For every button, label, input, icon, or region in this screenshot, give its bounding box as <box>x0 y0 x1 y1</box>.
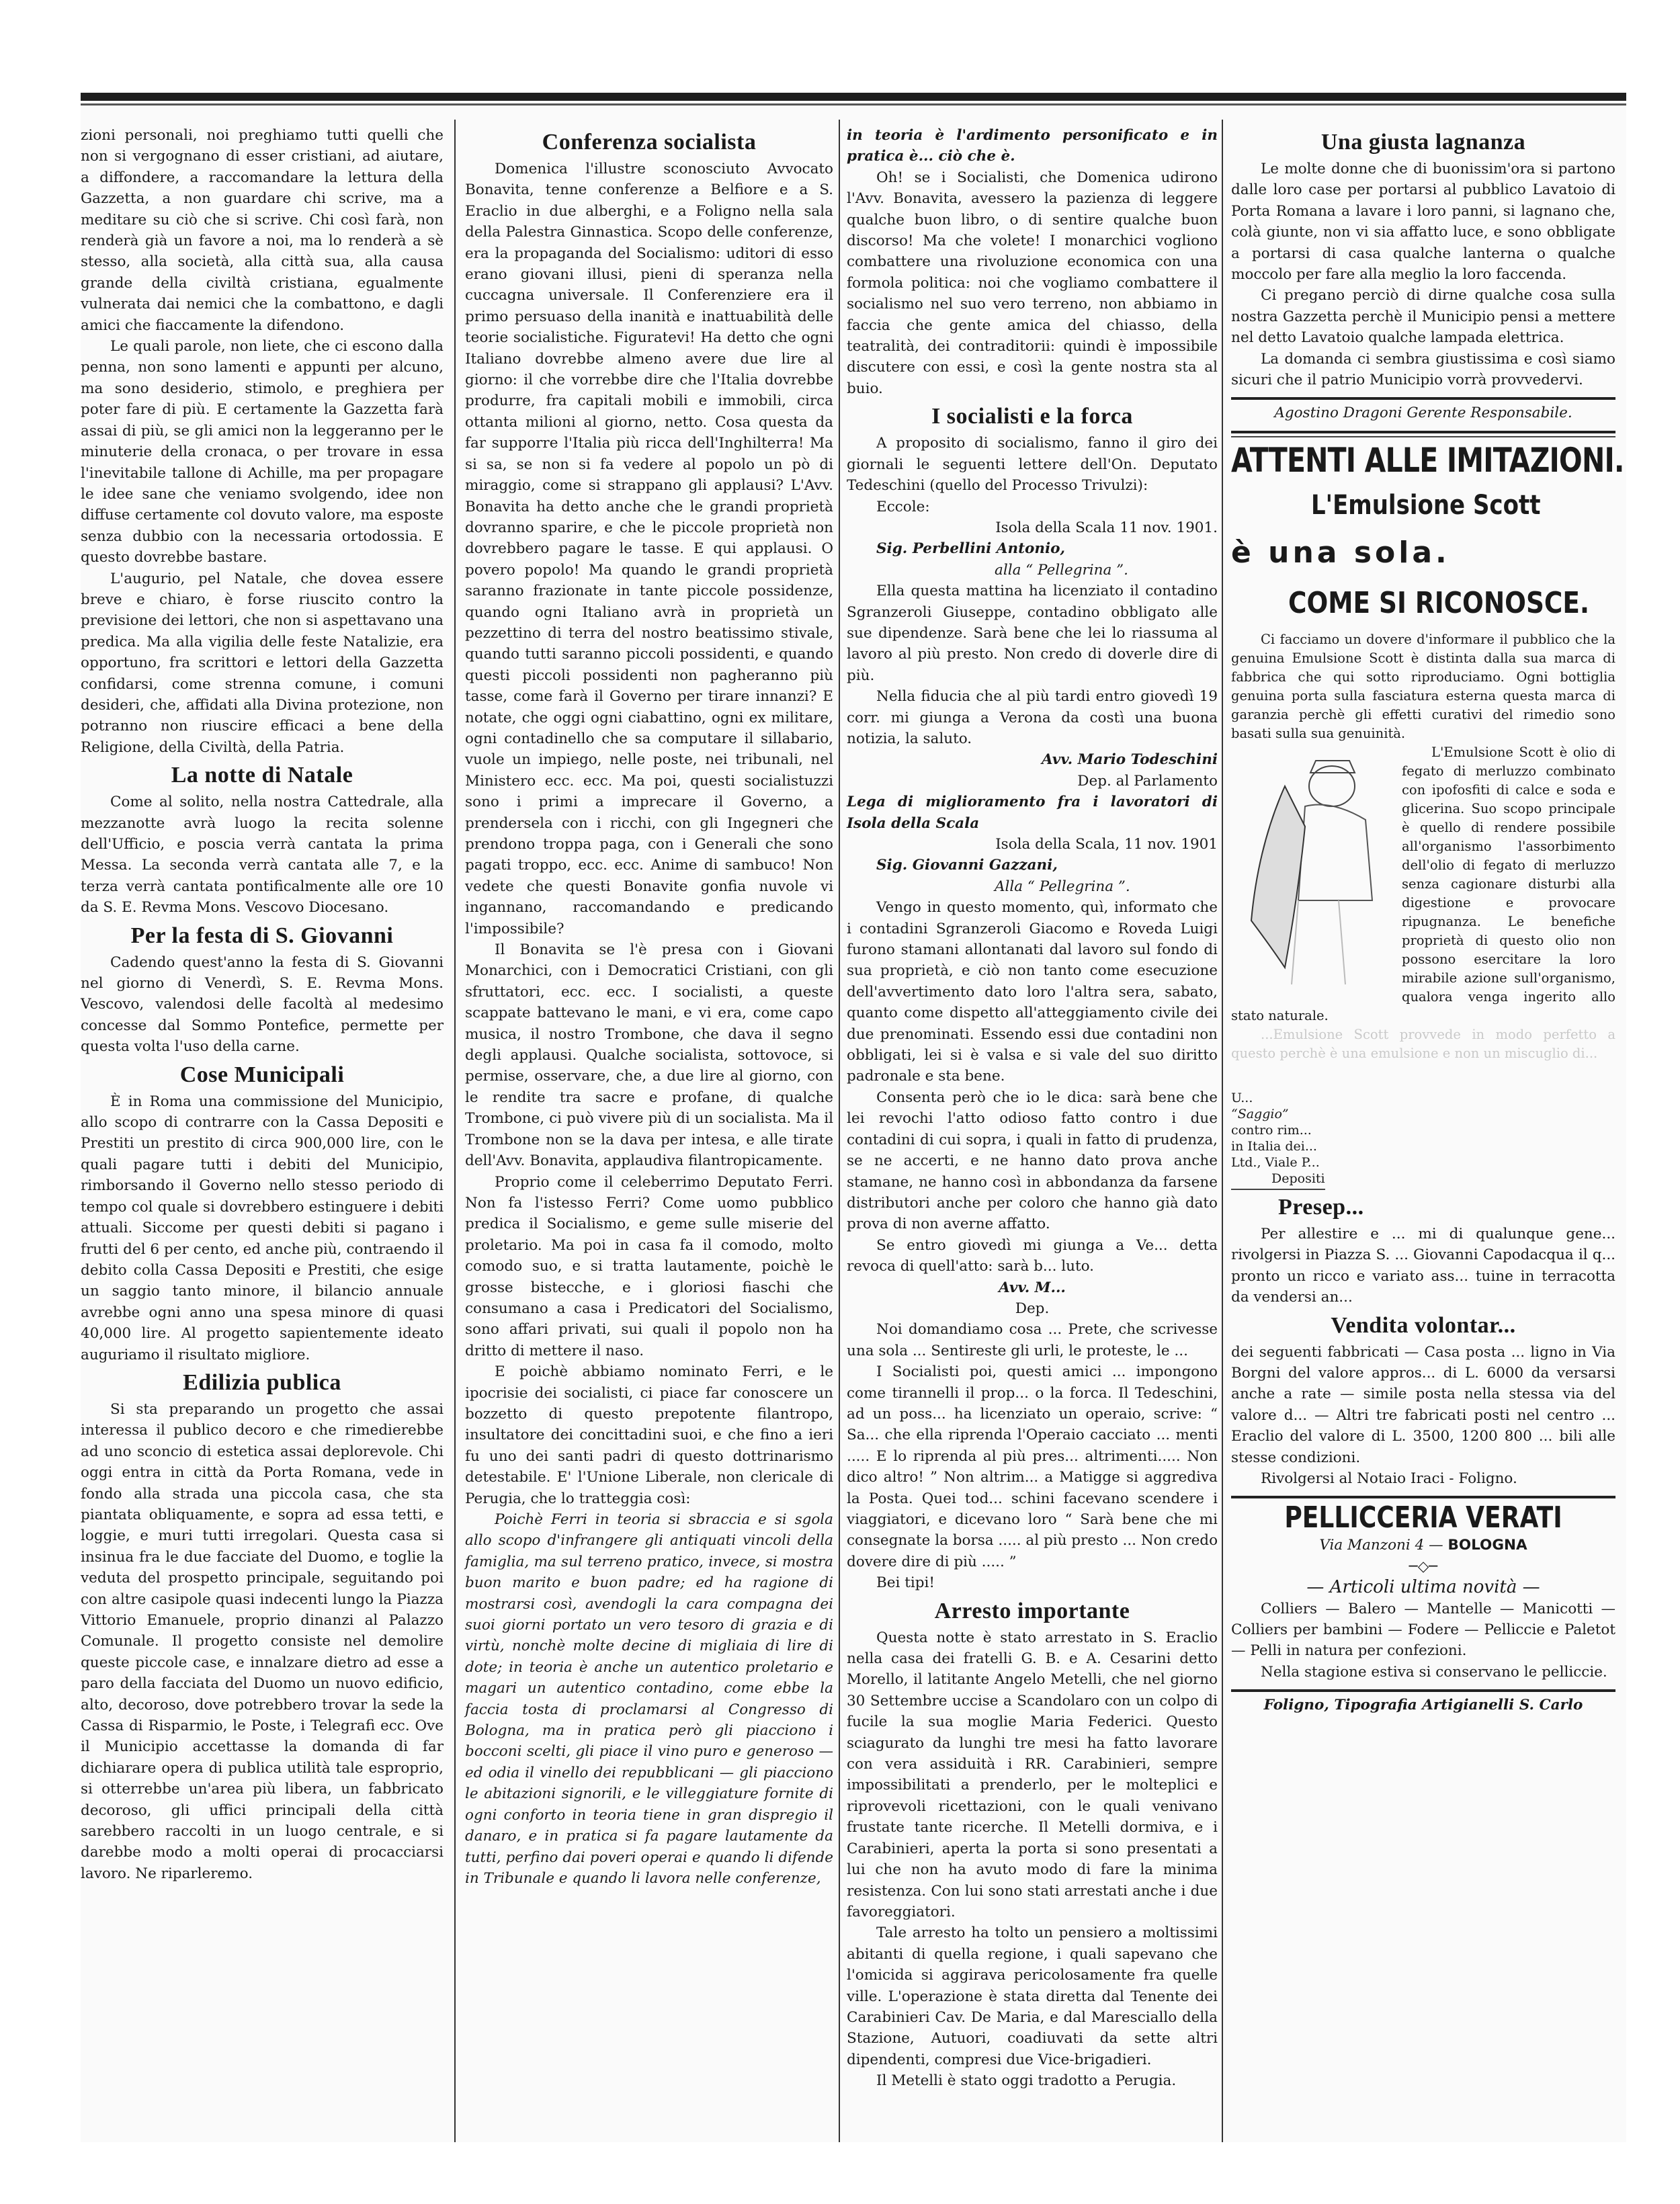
headline-edilizia: Edilizia publica <box>81 1369 444 1396</box>
letter-paragraph: Se entro giovedì mi giunga a Ve... detta… <box>847 1235 1218 1277</box>
article-paragraph: Come al solito, nella nostra Cattedrale,… <box>81 792 444 918</box>
headline-giovanni: Per la festa di S. Giovanni <box>81 923 444 949</box>
letter-signature: Avv. M... <box>847 1277 1218 1298</box>
article-paragraph: Ci pregano perciò di dirne qualche cosa … <box>1231 285 1615 348</box>
column-4: Una giusta lagnanza Le molte donne che d… <box>1231 125 1615 1716</box>
ad-paragraph-faded: ...Emulsione Scott provvede in modo perf… <box>1231 1025 1615 1063</box>
article-paragraph: Domenica l'illustre sconosciuto Avvocato… <box>465 159 833 939</box>
pellicceria-note: Nella stagione estiva si conservano le p… <box>1231 1662 1615 1683</box>
pellicceria-advertisement: PELLICCERIA VERATI Via Manzoni 4 — BOLOG… <box>1231 1501 1615 1683</box>
article-paragraph: È in Roma una commissione del Municipio,… <box>81 1091 444 1365</box>
article-paragraph: E poichè abbiamo nominato Ferri, e le ip… <box>465 1361 833 1509</box>
headline-lagnanza: Una giusta lagnanza <box>1231 129 1615 156</box>
article-paragraph: Proprio come il celeberrimo Deputato Fer… <box>465 1172 833 1362</box>
top-rule <box>81 93 1626 101</box>
pellicceria-subtitle: — Articoli ultima novità — <box>1231 1577 1615 1598</box>
section-rule-thin <box>1231 1189 1325 1190</box>
sample-line: “Saggio” <box>1231 1106 1615 1122</box>
letter-place: Alla “ Pellegrina ”. <box>847 876 1218 897</box>
article-paragraph: La domanda ci sembra giustissima e così … <box>1231 349 1615 391</box>
column-3: in teoria è l'ardimento personificato e … <box>847 125 1218 2092</box>
sample-line: U... <box>1231 1090 1615 1106</box>
scott-headline: ATTENTI ALLE IMITAZIONI. <box>1231 439 1546 481</box>
printer-imprint: Foligno, Tipografia Artigianelli S. Carl… <box>1231 1695 1615 1715</box>
headline-arresto: Arresto importante <box>847 1598 1218 1625</box>
section-rule <box>1231 1689 1615 1692</box>
column-1: zioni personali, noi preghiamo tutti que… <box>81 125 444 1884</box>
column-2: Conferenza socialista Domenica l'illustr… <box>465 125 833 1889</box>
article-paragraph: Le quali parole, non liete, che ci escon… <box>81 336 444 568</box>
headline-conferenza: Conferenza socialista <box>465 129 833 156</box>
ad-contact: Rivolgersi al Notaio Iraci - Foligno. <box>1231 1468 1615 1489</box>
scott-advertisement: ATTENTI ALLE IMITAZIONI. L'Emulsione Sco… <box>1231 439 1615 1187</box>
letter-paragraph: Nella fiducia che al più tardi entro gio… <box>847 686 1218 749</box>
article-paragraph: Il Bonavita se l'è presa con i Giovani M… <box>465 939 833 1171</box>
letter-recipient: Sig. Giovanni Gazzani, <box>847 855 1218 876</box>
article-paragraph: Oh! se i Socialisti, che Domenica udiron… <box>847 167 1218 399</box>
letter-place: alla “ Pellegrina ”. <box>847 560 1218 581</box>
letter-date: Isola della Scala, 11 nov. 1901 <box>847 834 1218 855</box>
scott-subheadline: L'Emulsione Scott <box>1231 481 1558 529</box>
pellicceria-title: PELLICCERIA VERATI <box>1265 1501 1581 1535</box>
column-divider <box>1222 120 1223 2142</box>
gerente-responsabile: Agostino Dragoni Gerente Responsabile. <box>1231 402 1615 423</box>
article-paragraph: Tale arresto ha tolto un pensiero a molt… <box>847 1922 1218 2070</box>
headline-vendita: Vendita volontar... <box>1231 1312 1615 1339</box>
ornament-icon: ─◇─ <box>1231 1556 1615 1577</box>
article-paragraph: Le molte donne che di buonissim'ora si p… <box>1231 159 1615 285</box>
section-rule <box>1231 431 1615 433</box>
scott-sample-note: U... “Saggio” contro rim... in Italia de… <box>1231 1090 1615 1187</box>
letter-paragraph: Vengo in questo momento, quì, informato … <box>847 897 1218 1087</box>
article-paragraph: Si sta preparando un progetto che assai … <box>81 1399 444 1884</box>
letter-date: Isola della Scala 11 nov. 1901. <box>847 517 1218 538</box>
ad-paragraph: Ci facciamo un dovere d'informare il pub… <box>1231 630 1615 743</box>
letter-paragraph: Consenta però che io le dica: sarà bene … <box>847 1087 1218 1235</box>
scott-subheadline: COME SI RICONOSCE. <box>1231 577 1558 630</box>
letter-paragraph: Ella questa mattina ha licenziato il con… <box>847 581 1218 686</box>
column-divider <box>454 120 456 2142</box>
pellicceria-items: Colliers — Balero — Mantelle — Manicotti… <box>1231 1599 1615 1662</box>
letter-signature-role: Dep. al Parlamento <box>847 771 1218 792</box>
article-paragraph: Bei tipi! <box>847 1572 1218 1593</box>
letter-recipient: Sig. Perbellini Antonio, <box>847 538 1218 559</box>
article-paragraph: L'augurio, pel Natale, che dovea essere … <box>81 568 444 759</box>
section-rule <box>1231 1496 1615 1498</box>
article-paragraph: A proposito di socialismo, fanno il giro… <box>847 433 1218 496</box>
newspaper-page: zioni personali, noi preghiamo tutti que… <box>81 93 1626 2142</box>
ad-paragraph: Per allestire e ... mi di qualunque gene… <box>1231 1224 1615 1308</box>
letter-signature-role: Dep. <box>847 1298 1218 1319</box>
article-paragraph: Noi domandiamo cosa ... Prete, che scriv… <box>847 1319 1218 1361</box>
lega-heading: Lega di miglioramento fra i lavoratori d… <box>847 792 1218 834</box>
top-rule-thin <box>81 103 1626 105</box>
pellicceria-city: BOLOGNA <box>1447 1537 1527 1554</box>
column-divider <box>839 120 840 2142</box>
article-paragraph: Questa notte è stato arrestato in S. Era… <box>847 1627 1218 1923</box>
article-paragraph: Cadendo quest'anno la festa di S. Giovan… <box>81 952 444 1058</box>
pellicceria-address: Via Manzoni 4 — <box>1319 1537 1443 1554</box>
headline-natale: La notte di Natale <box>81 762 444 789</box>
quoted-passage-end: in teoria è l'ardimento personificato e … <box>847 125 1218 167</box>
ad-paragraph: dei seguenti fabbricati — Casa posta ...… <box>1231 1342 1615 1468</box>
quoted-passage: Poichè Ferri in teoria si sbraccia e si … <box>465 1509 833 1889</box>
sample-line: Ltd., Viale P... <box>1231 1154 1615 1171</box>
headline-municipali: Cose Municipali <box>81 1062 444 1089</box>
article-paragraph: zioni personali, noi preghiamo tutti que… <box>81 125 444 336</box>
section-rule-thin <box>1231 436 1615 437</box>
pellicceria-address-line: Via Manzoni 4 — BOLOGNA <box>1231 1535 1615 1556</box>
sample-line: in Italia dei... <box>1231 1138 1615 1154</box>
sample-line: contro rim... <box>1231 1122 1615 1138</box>
section-rule <box>1231 397 1615 400</box>
headline-presepi: Presep... <box>1231 1194 1615 1221</box>
article-paragraph: Il Metelli è stato oggi tradotto a Perug… <box>847 2070 1218 2091</box>
headline-forca: I socialisti e la forca <box>847 403 1218 430</box>
scott-subheadline: è una sola. <box>1231 529 1615 577</box>
sample-line: Depositi <box>1231 1171 1615 1187</box>
letter-signature: Avv. Mario Todeschini <box>847 749 1218 770</box>
article-paragraph: I Socialisti poi, questi amici ... impon… <box>847 1361 1218 1572</box>
label-eccole: Eccole: <box>847 497 1218 517</box>
fisherman-with-fish-illustration-icon <box>1231 746 1392 988</box>
